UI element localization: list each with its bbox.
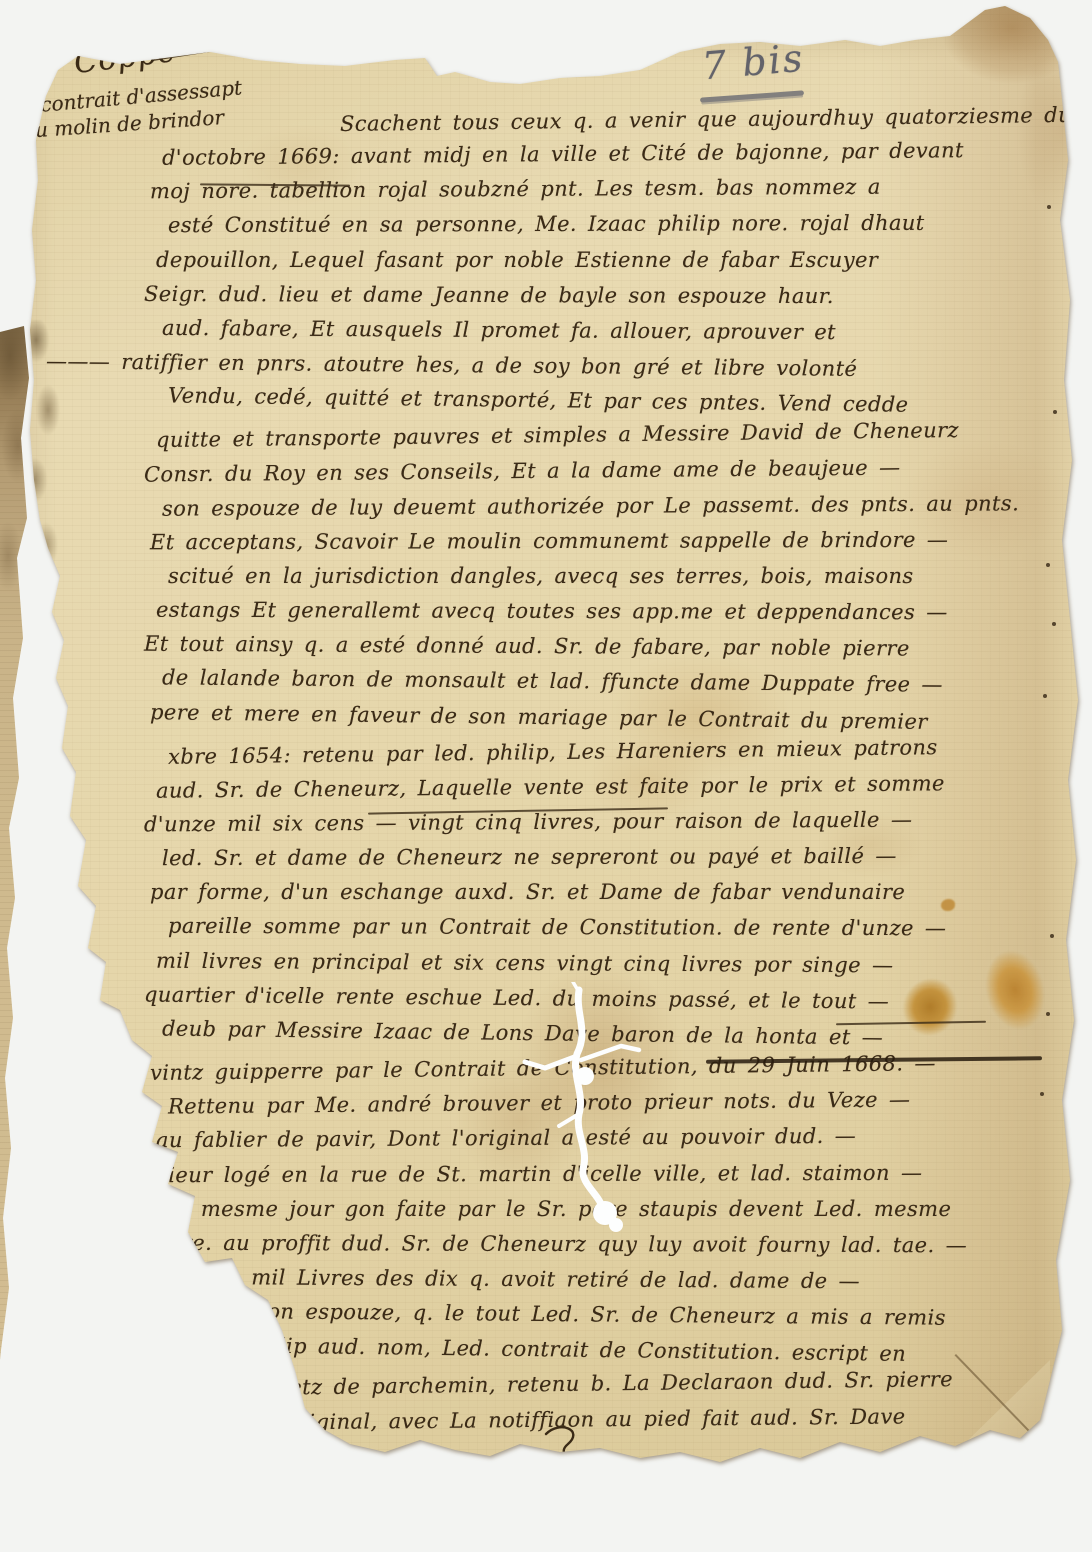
- manuscript-line: du mesme jour gon faite par le Sr. pere …: [162, 1197, 951, 1221]
- manuscript-line: Seigr. dud. lieu et dame Jeanne de bayle…: [144, 282, 834, 308]
- manuscript-line: scitué en la jurisdiction dangles, avecq…: [168, 564, 914, 588]
- manuscript-paper: Coppe contrait d'assessapt du molin de b…: [0, 0, 1092, 1552]
- header-title: Coppe: [72, 34, 178, 81]
- manuscript-line: quatre fuilletz de parchemin, retenu b. …: [162, 1367, 953, 1401]
- notary-paraph: [540, 1424, 610, 1468]
- manuscript-line: de lalande baron de monsault et lad. ffu…: [162, 666, 943, 697]
- manuscript-line: Rettenu par Me. andré brouver et proto p…: [168, 1088, 911, 1119]
- manuscript-line: d'unze mil six cens — vingt cinq livres,…: [144, 808, 912, 837]
- manuscript-line: depouillon, Lequel fasant por noble Esti…: [156, 248, 878, 272]
- manuscript-line: Et tout ainsy q. a esté donné aud. Sr. d…: [144, 632, 910, 661]
- manuscript-line: Nore. au proffit dud. Sr. de Cheneurz qu…: [150, 1231, 967, 1258]
- manuscript-line: Consr. du Roy en ses Conseils, Et a la d…: [144, 455, 901, 486]
- manuscript-line: mil livres en principal et six cens ving…: [156, 948, 894, 977]
- manuscript-line: estangs Et generallemt avecq toutes ses …: [156, 598, 948, 624]
- manuscript-line: xbre 1654: retenu par led. philip, Les H…: [168, 735, 938, 769]
- manuscript-line: Scachent tous ceux q. a venir que aujour…: [340, 102, 1092, 136]
- manuscript-line: moj nore. tabellion rojal soubzné pnt. L…: [150, 175, 881, 204]
- manuscript-line: quartier d'icelle rente eschue Led. du m…: [144, 982, 889, 1013]
- manuscript-line: Vendu, cedé, quitté et transporté, Et pa…: [168, 384, 909, 417]
- manuscript-line: staupis, en original, avec La notiffiaon…: [150, 1404, 906, 1435]
- pencil-page-number: 7 bis: [700, 36, 806, 89]
- manuscript-line: pere et mere en faveur de son mariage pa…: [150, 700, 928, 734]
- manuscript-line: pareille somme par un Contrait de Consti…: [168, 914, 946, 940]
- manuscript-line: Et acceptans, Scavoir Le moulin communem…: [150, 528, 948, 555]
- manuscript-line: ——— ratiffier en pnrs. atoutre hes, a de…: [46, 349, 858, 381]
- ink-dots-right-margin: [1047, 205, 1051, 209]
- header-flourish: [151, 33, 319, 62]
- paper-wrap: Coppe contrait d'assessapt du molin de b…: [0, 0, 1092, 1552]
- manuscript-line: vintz guipperre par le Contrait de Const…: [150, 1051, 936, 1085]
- manuscript-line: son espouze de luy deuemt authorizée por…: [162, 491, 1019, 520]
- scanned-page: Coppe contrait d'assessapt du molin de b…: [0, 0, 1092, 1552]
- pencil-underline: [700, 90, 804, 102]
- red-ink-speck: [383, 0, 393, 16]
- manuscript-line: deub par Messire Izaac de Lons Dave baro…: [162, 1016, 883, 1049]
- manuscript-line: Beaujeu son espouze, q. le tout Led. Sr.…: [156, 1298, 946, 1329]
- manuscript-line: aud. Sr. philip aud. nom, Led. contrait …: [144, 1332, 906, 1366]
- rust-stain: [941, 899, 955, 911]
- rust-stain: [895, 971, 964, 1043]
- manuscript-line: au fablier de pavir, Dont l'original a e…: [156, 1124, 856, 1152]
- manuscript-line: aud. Sr. de Cheneurz, Laquelle vente est…: [156, 771, 945, 802]
- manuscript-line: prieur logé en la rue de St. martin d'ic…: [144, 1160, 922, 1186]
- orange-speck: [0, 640, 6, 653]
- manuscript-line: esté Constitué en sa personne, Me. Izaac…: [168, 211, 925, 237]
- rust-stain: [977, 944, 1053, 1036]
- manuscript-line: d'unze mil Livres des dix q. avoit retir…: [168, 1265, 860, 1293]
- manuscript-line: aud. fabare, Et ausquels Il promet fa. a…: [162, 316, 836, 344]
- manuscript-line: par forme, d'un eschange auxd. Sr. et Da…: [150, 880, 905, 904]
- manuscript-line: d'octobre 1669: avant midj en la ville e…: [162, 138, 964, 170]
- manuscript-line: quitte et transporte pauvres et simples …: [156, 418, 959, 452]
- manuscript-line: led. Sr. et dame de Cheneurz ne sepreron…: [162, 844, 897, 870]
